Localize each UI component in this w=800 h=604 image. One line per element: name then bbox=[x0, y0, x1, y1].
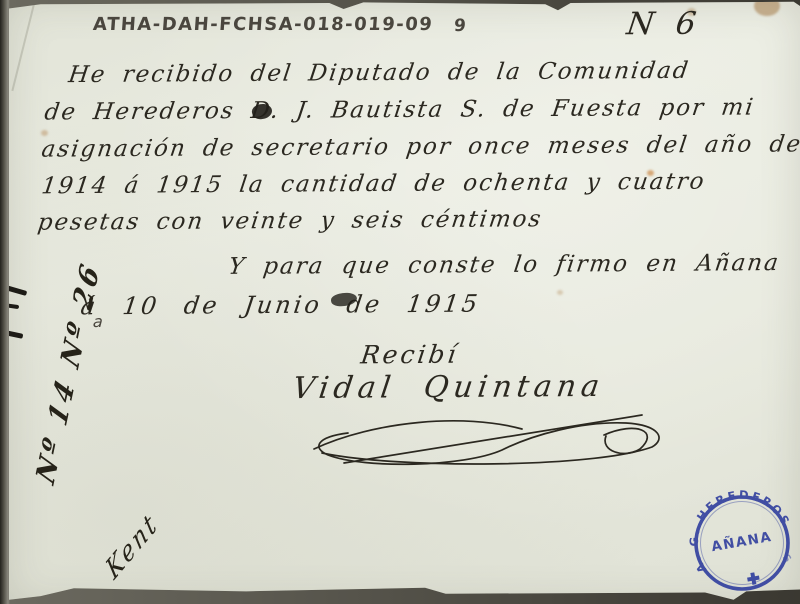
received-label: Recibí bbox=[359, 340, 461, 370]
closing-date: á 10 de Junio de 1915 bbox=[79, 290, 482, 321]
signature-flourish bbox=[304, 403, 674, 473]
paper-crease bbox=[11, 0, 66, 98]
paper-stain bbox=[41, 130, 48, 136]
svg-text:A. G. HEREDEROS: A. G. HEREDEROS bbox=[681, 482, 800, 576]
paper-stain bbox=[754, 0, 780, 16]
margin-rotated-word: Kent bbox=[101, 506, 163, 586]
stamp-cross-icon bbox=[746, 572, 760, 586]
closing-statement: Y para que conste lo firmo en Añana bbox=[227, 250, 782, 280]
document-number: N 6 bbox=[625, 6, 705, 43]
margin-ink-stroke bbox=[3, 303, 19, 309]
stamp: A. G. HEREDEROS S AÑANA bbox=[681, 482, 800, 604]
archive-reference: ATHA-DAH-FCHSA-018-019-09 bbox=[92, 14, 434, 35]
body-line: asignación de secretario por once meses … bbox=[40, 131, 800, 162]
body-line: 1914 á 1915 la cantidad de ochenta y cua… bbox=[40, 169, 707, 200]
scanner-background: ATHA-DAH-FCHSA-018-019-09 9 N 6 He recib… bbox=[0, 0, 800, 604]
page-annotation: 9 bbox=[453, 16, 466, 36]
margin-ink-stroke bbox=[5, 285, 28, 296]
stamp-arc-text: A. G. HEREDEROS bbox=[681, 482, 800, 576]
body-line: He recibido del Diputado de la Comunidad bbox=[67, 58, 691, 88]
body-line: pesetas con veinte y seis céntimos bbox=[36, 206, 544, 236]
paper-stain bbox=[557, 290, 563, 295]
document-paper: ATHA-DAH-FCHSA-018-019-09 9 N 6 He recib… bbox=[9, 0, 800, 604]
body-line: de Herederos D. J. Bautista S. de Fuesta… bbox=[43, 95, 756, 126]
margin-ink-stroke bbox=[5, 330, 24, 339]
margin-rotated-numbers: Nº 14 Nº 26 bbox=[31, 256, 106, 489]
stamp-center-text: AÑANA bbox=[710, 528, 773, 555]
signature-name: Vidal Quintana bbox=[291, 369, 607, 406]
